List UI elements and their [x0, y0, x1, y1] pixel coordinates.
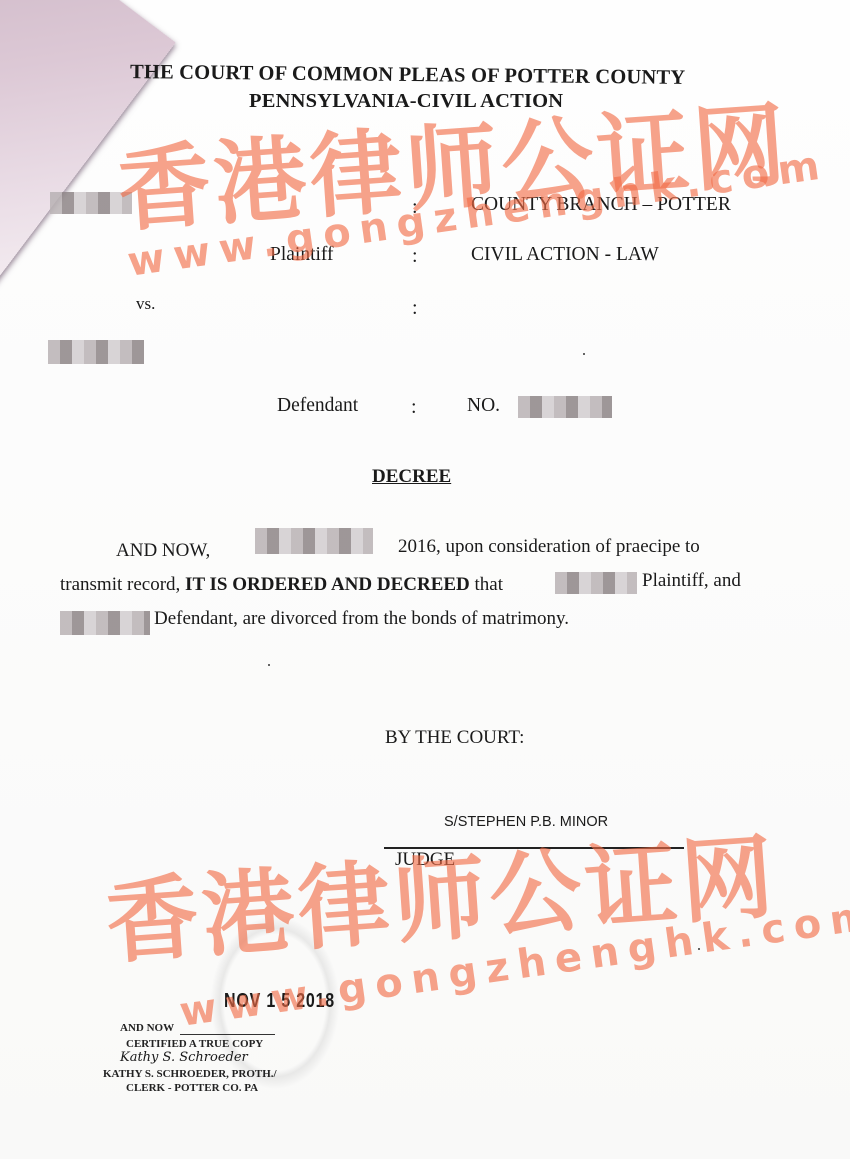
decree-line1-start: AND NOW, — [116, 540, 210, 562]
decree-line2-start: transmit record, — [60, 574, 180, 595]
court-name-line1: THE COURT OF COMMON PLEAS OF POTTER COUN… — [130, 61, 686, 90]
speck — [698, 948, 700, 950]
defendant-name-redacted — [48, 340, 144, 364]
decree-title: DECREE — [372, 466, 451, 488]
watermark-chinese-bottom: 香港律师公证网 — [101, 803, 781, 982]
plaintiff-name-redacted — [50, 192, 132, 214]
defendant-label: Defendant — [277, 395, 358, 417]
and-now-label: AND NOW — [120, 1022, 174, 1034]
ordered-and-decreed: IT IS ORDERED AND DECREED — [185, 574, 470, 595]
court-name-line2: PENNSYLVANIA-CIVIL ACTION — [249, 90, 563, 113]
and-now-line — [180, 1034, 275, 1035]
decree-line2: transmit record, IT IS ORDERED AND DECRE… — [60, 574, 503, 596]
case-number-label: NO. — [467, 395, 500, 417]
case-number-redacted — [518, 396, 612, 418]
plaintiff-label: Plaintiff — [270, 244, 334, 266]
speck — [268, 664, 270, 666]
action-type-label: CIVIL ACTION - LAW — [471, 244, 659, 266]
decree-date-redacted — [255, 528, 373, 554]
decree-line2-end: Plaintiff, and — [642, 570, 741, 592]
clerk-office: CLERK - POTTER CO. PA — [126, 1082, 258, 1094]
judge-title: JUDGE — [395, 849, 455, 871]
document-page: THE COURT OF COMMON PLEAS OF POTTER COUN… — [0, 0, 850, 1159]
judge-signed-name: S/STEPHEN P.B. MINOR — [444, 814, 608, 830]
caption-separator: : — [412, 245, 418, 268]
caption-separator: : — [412, 196, 418, 219]
caption-separator: : — [411, 396, 417, 419]
by-the-court: BY THE COURT: — [385, 727, 524, 749]
stamp-date: NOV 1 5 2018 — [224, 990, 335, 1013]
clerk-handwritten-signature: Kathy S. Schroeder — [120, 1050, 248, 1065]
versus-label: vs. — [136, 294, 155, 314]
decree-line2-mid: that — [475, 574, 504, 595]
caption-separator: : — [412, 297, 418, 320]
curled-page-corner — [0, 0, 176, 306]
decree-line1-end: 2016, upon consideration of praecipe to — [398, 536, 700, 558]
decree-line3: Defendant, are divorced from the bonds o… — [154, 608, 569, 630]
defendant-name-redacted-body — [60, 611, 150, 635]
clerk-name: KATHY S. SCHROEDER, PROTH./ — [103, 1068, 277, 1080]
branch-label: COUNTY BRANCH – POTTER — [471, 194, 731, 216]
speck — [583, 353, 585, 355]
certified-true-copy: CERTIFIED A TRUE COPY — [126, 1038, 263, 1050]
plaintiff-name-redacted-body — [555, 572, 637, 594]
